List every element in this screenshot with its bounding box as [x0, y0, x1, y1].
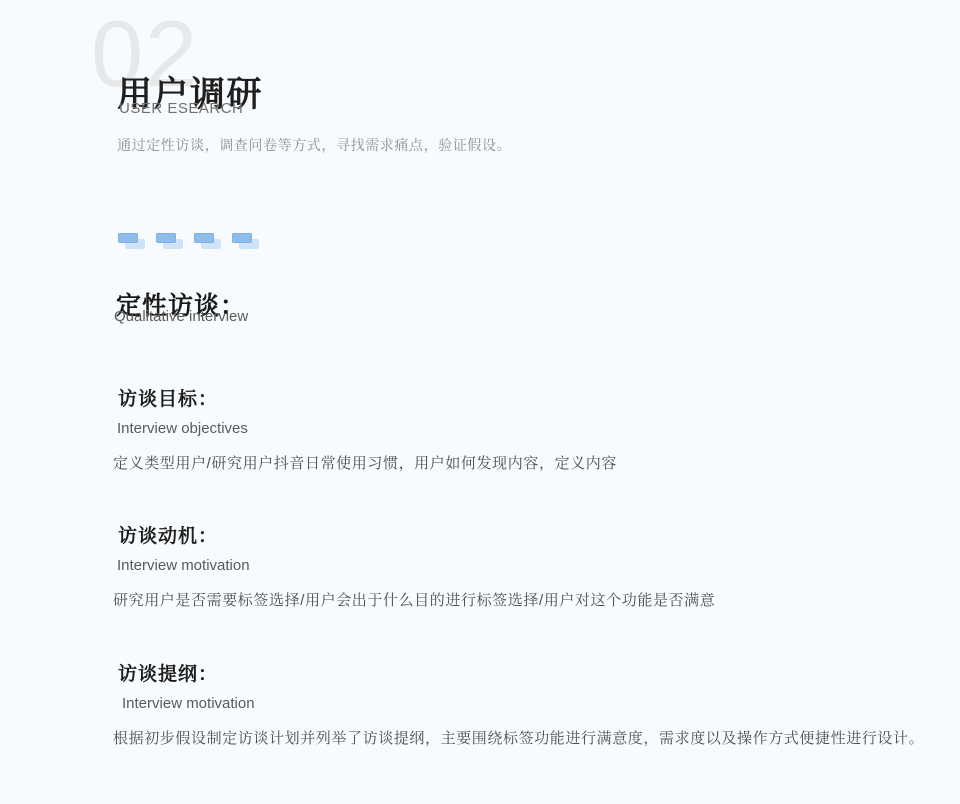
interview-outline-block: 访谈提纲： Interview motivation 根据初步假设制定访谈计划并…	[113, 663, 943, 749]
slide-page: 02 用户调研 USER ESEARCH 通过定性访谈，调查问卷等方式，寻找需求…	[0, 0, 960, 804]
item-body: 根据初步假设制定访谈计划并列举了访谈提纲，主要围绕标签功能进行满意度，需求度以及…	[113, 729, 943, 749]
divider-marks	[118, 233, 270, 250]
page-description: 通过定性访谈，调查问卷等方式，寻找需求痛点，验证假设。	[117, 136, 511, 154]
item-title: 访谈提纲：	[118, 663, 943, 687]
item-title: 访谈动机：	[118, 525, 943, 549]
item-subtitle-en: Interview motivation	[117, 556, 943, 575]
interview-objectives-block: 访谈目标： Interview objectives 定义类型用户/研究用户抖音…	[113, 388, 943, 474]
divider-mark-main	[156, 233, 176, 243]
divider-mark-icon	[118, 233, 145, 250]
page-subtitle-en: USER ESEARCH	[119, 100, 243, 118]
interview-motivation-block: 访谈动机： Interview motivation 研究用户是否需要标签选择/…	[113, 525, 943, 611]
section-subtitle-en: Qualitative interview	[114, 307, 248, 326]
divider-mark-icon	[194, 233, 221, 250]
divider-mark-main	[232, 233, 252, 243]
item-subtitle-en: Interview objectives	[117, 419, 943, 438]
item-subtitle-en: Interview motivation	[122, 694, 943, 713]
item-body: 研究用户是否需要标签选择/用户会出于什么目的进行标签选择/用户对这个功能是否满意	[113, 591, 943, 611]
divider-mark-icon	[232, 233, 259, 250]
divider-mark-main	[194, 233, 214, 243]
item-title: 访谈目标：	[118, 388, 943, 412]
divider-mark-main	[118, 233, 138, 243]
divider-mark-icon	[156, 233, 183, 250]
item-body: 定义类型用户/研究用户抖音日常使用习惯，用户如何发现内容，定义内容	[113, 454, 943, 474]
